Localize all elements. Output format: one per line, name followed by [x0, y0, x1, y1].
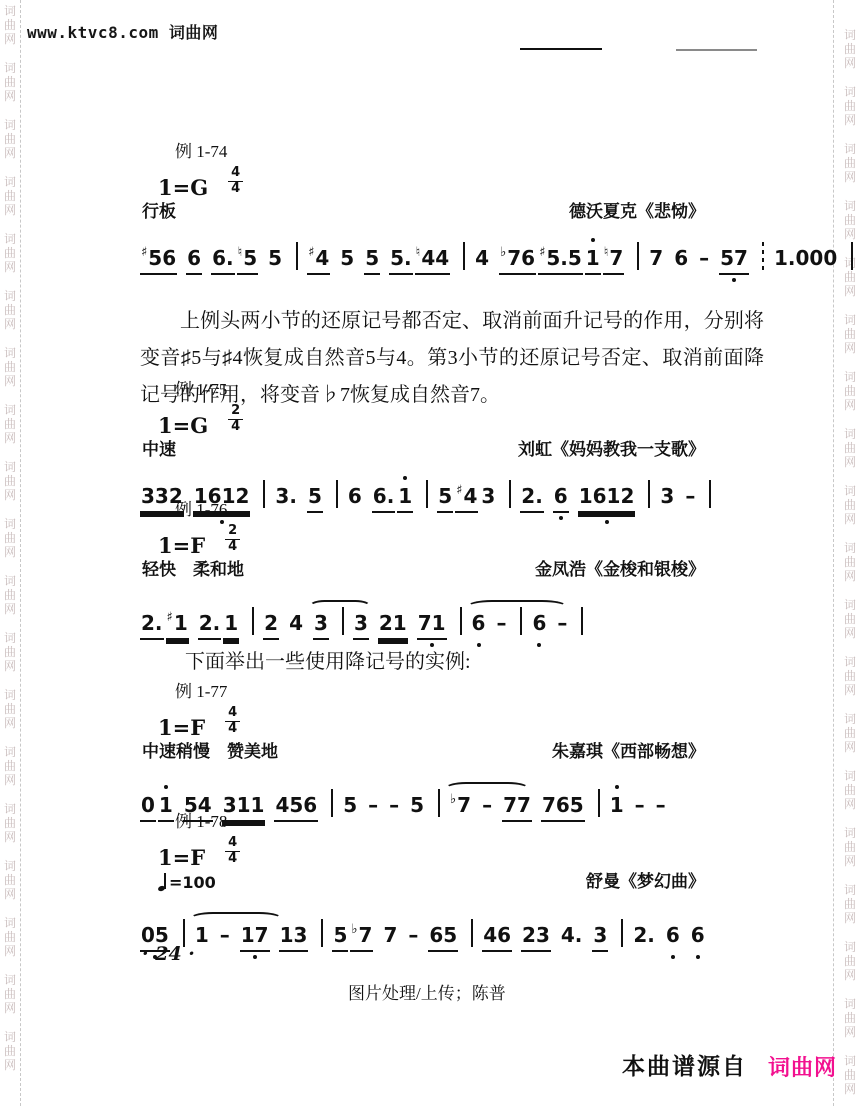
- watermark-char: 曲: [834, 1068, 866, 1082]
- watermark-group: 词曲网: [0, 574, 20, 616]
- watermark-char: 曲: [0, 588, 20, 602]
- note-token: 6: [471, 611, 487, 638]
- watermark-char: 词: [0, 916, 20, 930]
- watermark-char: 曲: [834, 213, 866, 227]
- watermark-char: 词: [0, 631, 20, 645]
- accidental-icon: ♯: [308, 245, 314, 260]
- watermark-group: 词曲网: [0, 688, 20, 730]
- meter-bottom: 4: [228, 419, 243, 435]
- key-signature: 1=F: [158, 845, 205, 870]
- watermark-char: 词: [0, 118, 20, 132]
- tempo-label: 中速稍慢 赞美地: [142, 737, 278, 762]
- note-token: 3: [592, 923, 608, 952]
- watermark-group: 词曲网: [834, 541, 866, 583]
- accidental-icon: ♮: [604, 245, 609, 260]
- note-token: –: [219, 923, 231, 950]
- watermark-char: 曲: [834, 954, 866, 968]
- tempo-row: 中速稍慢 赞美地 朱嘉琪《西部畅想》: [140, 738, 762, 762]
- watermark-char: 曲: [0, 645, 20, 659]
- watermark-char: 曲: [834, 555, 866, 569]
- barline: [621, 919, 623, 947]
- example-1-76: 例 1-76 1=F 24 轻快 柔和地 金凤浩《金梭和银梭》 2.♯12.12…: [140, 498, 762, 640]
- meter-fraction: 24: [225, 524, 240, 555]
- accidental-icon: ♭: [351, 922, 357, 937]
- watermark-left-column: 词曲网词曲网词曲网词曲网词曲网词曲网词曲网词曲网词曲网词曲网词曲网词曲网词曲网词…: [0, 0, 21, 1106]
- scan-artifact-line: [520, 48, 602, 50]
- watermark-group: 词曲网: [834, 199, 866, 241]
- octave-dot-high: [164, 785, 168, 789]
- note-token: ♯4: [307, 245, 330, 275]
- note-token: ♮5: [237, 245, 259, 275]
- octave-dot-high: [591, 238, 595, 242]
- quarter-note-icon: [158, 872, 168, 892]
- tempo-label: 中速: [142, 435, 176, 460]
- watermark-char: 词: [834, 199, 866, 213]
- watermark-group: 词曲网: [0, 175, 20, 217]
- watermark-char: 曲: [834, 156, 866, 170]
- watermark-group: 词曲网: [834, 484, 866, 526]
- watermark-char: 网: [834, 56, 866, 70]
- watermark-char: 词: [834, 598, 866, 612]
- notation-line: 2.♯12.1243321716–6–: [140, 588, 762, 640]
- watermark-group: 词曲网: [0, 916, 20, 958]
- watermark-char: 词: [0, 802, 20, 816]
- note-token: 6: [186, 246, 202, 275]
- note-token: 71: [417, 611, 447, 640]
- watermark-char: 曲: [834, 498, 866, 512]
- metronome-mark: =100: [158, 872, 216, 892]
- watermark-char: 曲: [834, 783, 866, 797]
- notation-line: 051–17135♭77–6546234.32.66: [140, 900, 762, 952]
- key-row: 1=F 44: [140, 836, 762, 868]
- watermark-char: 词: [0, 403, 20, 417]
- watermark-char: 网: [0, 32, 20, 46]
- watermark-char: 曲: [834, 42, 866, 56]
- watermark-group: 词曲网: [0, 745, 20, 787]
- meter-top: 4: [228, 166, 243, 181]
- meter-fraction: 44: [228, 166, 243, 197]
- watermark-group: 词曲网: [0, 517, 20, 559]
- note-token: –: [495, 611, 507, 638]
- watermark-char: 词: [834, 484, 866, 498]
- example-1-78: 例 1-78 1=F 44 =100 舒曼《梦幻曲》 051–17135♭77–…: [140, 810, 762, 952]
- watermark-group: 词曲网: [0, 118, 20, 160]
- watermark-char: 曲: [0, 18, 20, 32]
- watermark-group: 词曲网: [834, 769, 866, 811]
- watermark-char: 网: [834, 911, 866, 925]
- watermark-group: 词曲网: [834, 997, 866, 1039]
- meter-top: 2: [225, 524, 240, 539]
- note-token: ♯1: [166, 610, 189, 640]
- watermark-char: 词: [834, 370, 866, 384]
- note-token: 4.: [560, 923, 584, 950]
- example-label: 例 1-75: [175, 378, 762, 402]
- watermark-char: 曲: [0, 531, 20, 545]
- composer-credit: 朱嘉琪《西部畅想》: [552, 737, 705, 762]
- scan-artifact-line: [676, 49, 757, 51]
- barline: [321, 919, 323, 947]
- tempo-row: 轻快 柔和地 金凤浩《金梭和银梭》: [140, 556, 762, 580]
- watermark-char: 词: [834, 940, 866, 954]
- watermark-char: 词: [834, 883, 866, 897]
- octave-dot-low: [477, 643, 481, 647]
- note-token: 6: [665, 923, 681, 950]
- meter-fraction: 24: [228, 404, 243, 435]
- watermark-char: 词: [0, 688, 20, 702]
- watermark-char: 网: [834, 341, 866, 355]
- watermark-char: 曲: [0, 1044, 20, 1058]
- watermark-char: 网: [834, 740, 866, 754]
- note-token: 6: [531, 611, 547, 638]
- note-token: 3: [313, 611, 329, 640]
- meter-top: 2: [228, 404, 243, 419]
- watermark-group: 词曲网: [834, 598, 866, 640]
- note-token: 3: [353, 611, 369, 640]
- watermark-char: 网: [834, 227, 866, 241]
- octave-dot-low: [696, 955, 700, 959]
- note-token: 17: [240, 923, 270, 952]
- composer-credit: 德沃夏克《悲恸》: [569, 197, 705, 222]
- note-token: 7: [382, 923, 398, 950]
- watermark-char: 网: [0, 203, 20, 217]
- watermark-char: 词: [834, 142, 866, 156]
- watermark-char: 词: [834, 826, 866, 840]
- note-token: 4: [474, 246, 490, 273]
- watermark-char: 网: [0, 887, 20, 901]
- watermark-char: 曲: [834, 384, 866, 398]
- watermark-char: 词: [0, 175, 20, 189]
- barline: [342, 607, 344, 635]
- note-token: 5: [364, 246, 380, 275]
- tempo-label: 行板: [142, 197, 176, 222]
- watermark-group: 词曲网: [0, 346, 20, 388]
- meter-bottom: 4: [225, 539, 240, 555]
- metronome-value: =100: [169, 873, 216, 892]
- watermark-group: 词曲网: [0, 4, 20, 46]
- watermark-char: 曲: [834, 99, 866, 113]
- watermark-group: 词曲网: [834, 655, 866, 697]
- note-token: 4: [288, 611, 304, 638]
- watermark-group: 词曲网: [834, 313, 866, 355]
- barline: [851, 242, 853, 270]
- key-row: 1=G 24: [140, 404, 762, 436]
- tempo-label: 轻快 柔和地: [142, 555, 244, 580]
- watermark-group: 词曲网: [0, 232, 20, 274]
- watermark-char: 网: [834, 512, 866, 526]
- note-token: 57: [719, 246, 749, 275]
- octave-dot-low: [671, 955, 675, 959]
- watermark-char: 词: [0, 460, 20, 474]
- watermark-char: 曲: [0, 246, 20, 260]
- watermark-char: 曲: [834, 897, 866, 911]
- watermark-char: 曲: [0, 873, 20, 887]
- watermark-char: 网: [834, 398, 866, 412]
- example-label: 例 1-76: [175, 498, 762, 522]
- watermark-char: 曲: [834, 1011, 866, 1025]
- meter-bottom: 4: [228, 181, 243, 197]
- note-token: ♯56: [140, 245, 177, 275]
- watermark-char: 网: [0, 1001, 20, 1015]
- watermark-char: 曲: [0, 360, 20, 374]
- note-token: 65: [428, 923, 458, 952]
- watermark-group: 词曲网: [834, 427, 866, 469]
- accidental-icon: ♯: [456, 483, 462, 498]
- example-1-75: 例 1-75 1=G 24 中速 刘虹《妈妈教我一支歌》 33216123.56…: [140, 378, 762, 513]
- watermark-char: 网: [0, 146, 20, 160]
- composer-credit: 金凤浩《金梭和银梭》: [535, 555, 705, 580]
- key-row: 1=F 24: [140, 524, 762, 556]
- watermark-group: 词曲网: [0, 802, 20, 844]
- watermark-char: 词: [0, 574, 20, 588]
- example-1-74: 例 1-74 1=G 44 行板 德沃夏克《悲恸》 ♯5666.♮55♯4555…: [140, 140, 762, 275]
- meter-fraction: 44: [225, 836, 240, 867]
- watermark-char: 网: [834, 113, 866, 127]
- note-token: –: [698, 246, 710, 273]
- metronome-row: =100 舒曼《梦幻曲》: [140, 868, 762, 892]
- watermark-char: 词: [0, 517, 20, 531]
- watermark-group: 词曲网: [0, 1030, 20, 1072]
- watermark-char: 曲: [0, 417, 20, 431]
- watermark-char: 网: [0, 830, 20, 844]
- accidental-icon: ♯: [167, 610, 173, 625]
- note-token: 2: [263, 611, 279, 640]
- watermark-char: 词: [834, 85, 866, 99]
- watermark-char: 网: [0, 260, 20, 274]
- octave-dot-low: [253, 955, 257, 959]
- note-token: 1.000: [773, 246, 838, 273]
- watermark-char: 曲: [0, 702, 20, 716]
- note-token: ♯5.5: [538, 245, 583, 275]
- barline: [460, 607, 462, 635]
- note-token: –: [556, 611, 568, 638]
- watermark-group: 词曲网: [834, 370, 866, 412]
- meter-bottom: 4: [225, 851, 240, 867]
- watermark-char: 网: [0, 317, 20, 331]
- key-row: 1=F 44: [140, 706, 762, 738]
- barline: [463, 242, 465, 270]
- note-token: ♭7: [350, 922, 373, 952]
- note-token: –: [407, 923, 419, 950]
- note-token: 1: [194, 923, 210, 950]
- watermark-char: 曲: [0, 75, 20, 89]
- meter-bottom: 4: [225, 721, 240, 737]
- watermark-group: 词曲网: [834, 1054, 866, 1096]
- note-token: ♮44: [415, 245, 451, 275]
- notation-line: ♯5666.♮55♯4555.♮444♭76♯5.51♮776–571.000: [140, 230, 762, 275]
- note-token: 1: [585, 246, 601, 275]
- watermark-char: 词: [834, 655, 866, 669]
- note-token: 2.: [632, 923, 656, 950]
- watermark-char: 网: [0, 545, 20, 559]
- watermark-char: 曲: [834, 669, 866, 683]
- watermark-group: 词曲网: [834, 940, 866, 982]
- watermark-char: 词: [834, 256, 866, 270]
- watermark-char: 网: [0, 374, 20, 388]
- watermark-char: 曲: [834, 726, 866, 740]
- note-token: 2.: [140, 611, 164, 640]
- watermark-char: 词: [834, 28, 866, 42]
- watermark-group: 词曲网: [0, 631, 20, 673]
- intro-line: 下面举出一些使用降记号的实例:: [185, 645, 471, 674]
- watermark-char: 词: [0, 745, 20, 759]
- watermark-char: 网: [0, 659, 20, 673]
- octave-dot-high: [615, 785, 619, 789]
- watermark-group: 词曲网: [834, 826, 866, 868]
- barline: [581, 607, 583, 635]
- watermark-char: 曲: [0, 987, 20, 1001]
- note-token: 46: [482, 923, 512, 952]
- accidental-icon: ♮: [238, 245, 243, 260]
- watermark-char: 曲: [0, 759, 20, 773]
- watermark-char: 词: [0, 4, 20, 18]
- scanned-music-page: 词曲网词曲网词曲网词曲网词曲网词曲网词曲网词曲网词曲网词曲网词曲网词曲网词曲网词…: [0, 0, 866, 1106]
- watermark-char: 网: [834, 170, 866, 184]
- watermark-char: 网: [0, 431, 20, 445]
- tempo-row: 行板 德沃夏克《悲恸》: [140, 198, 762, 222]
- watermark-char: 词: [0, 859, 20, 873]
- watermark-group: 词曲网: [0, 973, 20, 1015]
- watermark-group: 词曲网: [0, 403, 20, 445]
- watermark-group: 词曲网: [0, 61, 20, 103]
- watermark-char: 词: [0, 289, 20, 303]
- example-1-77: 例 1-77 1=F 44 中速稍慢 赞美地 朱嘉琪《西部畅想》 0154311…: [140, 680, 762, 822]
- note-token: 23: [521, 923, 551, 952]
- watermark-char: 网: [0, 602, 20, 616]
- barline: [762, 242, 764, 270]
- example-label: 例 1-74: [175, 140, 762, 164]
- watermark-char: 词: [834, 712, 866, 726]
- barline: [252, 607, 254, 635]
- accidental-icon: ♯: [141, 245, 147, 260]
- meter-top: 4: [225, 706, 240, 721]
- barline: [471, 919, 473, 947]
- watermark-group: 词曲网: [834, 142, 866, 184]
- watermark-char: 网: [834, 968, 866, 982]
- watermark-group: 词曲网: [0, 460, 20, 502]
- watermark-char: 网: [0, 488, 20, 502]
- watermark-char: 网: [834, 1082, 866, 1096]
- page-number: · 24 ·: [142, 943, 195, 965]
- source-prefix: 本曲谱源自: [622, 1048, 747, 1081]
- note-token: 7: [648, 246, 664, 273]
- watermark-char: 词: [0, 232, 20, 246]
- watermark-char: 曲: [834, 612, 866, 626]
- note-token: 6.: [211, 246, 235, 275]
- watermark-char: 词: [0, 973, 20, 987]
- watermark-char: 曲: [834, 441, 866, 455]
- watermark-char: 曲: [834, 840, 866, 854]
- watermark-char: 网: [834, 1025, 866, 1039]
- watermark-char: 曲: [0, 474, 20, 488]
- watermark-char: 网: [0, 773, 20, 787]
- watermark-right-column: 词曲网词曲网词曲网词曲网词曲网词曲网词曲网词曲网词曲网词曲网词曲网词曲网词曲网词…: [833, 0, 866, 1106]
- barline: [520, 607, 522, 635]
- example-label: 例 1-77: [175, 680, 762, 704]
- meter-top: 4: [225, 836, 240, 851]
- watermark-char: 词: [834, 1054, 866, 1068]
- watermark-char: 词: [0, 346, 20, 360]
- accidental-icon: ♭: [500, 245, 506, 260]
- tempo-row: 中速 刘虹《妈妈教我一支歌》: [140, 436, 762, 460]
- accidental-icon: ♯: [539, 245, 545, 260]
- watermark-char: 网: [834, 854, 866, 868]
- note-token: 5: [267, 246, 283, 273]
- watermark-char: 网: [0, 716, 20, 730]
- watermark-group: 词曲网: [834, 28, 866, 70]
- composer-credit: 刘虹《妈妈教我一支歌》: [518, 435, 705, 460]
- octave-dot-high: [403, 476, 407, 480]
- watermark-char: 网: [834, 455, 866, 469]
- watermark-char: 网: [834, 569, 866, 583]
- key-row: 1=G 44: [140, 166, 762, 198]
- watermark-char: 网: [834, 797, 866, 811]
- watermark-char: 曲: [0, 132, 20, 146]
- watermark-char: 词: [834, 769, 866, 783]
- watermark-char: 网: [834, 626, 866, 640]
- watermark-group: 词曲网: [0, 859, 20, 901]
- meter-fraction: 44: [225, 706, 240, 737]
- watermark-char: 词: [0, 1030, 20, 1044]
- note-token: 21: [378, 611, 408, 640]
- note-token: ♮7: [603, 245, 625, 275]
- upload-credit: 图片处理/上传；陈普: [348, 979, 506, 1004]
- watermark-group: 词曲网: [834, 256, 866, 298]
- accidental-icon: ♮: [416, 245, 421, 260]
- watermark-char: 曲: [0, 189, 20, 203]
- watermark-group: 词曲网: [834, 712, 866, 754]
- note-token: 6: [673, 246, 689, 273]
- watermark-char: 词: [834, 997, 866, 1011]
- barline: [296, 242, 298, 270]
- example-label: 例 1-78: [175, 810, 762, 834]
- note-token: 2.: [198, 611, 222, 640]
- watermark-char: 曲: [0, 930, 20, 944]
- watermark-char: 网: [0, 944, 20, 958]
- composer-credit: 舒曼《梦幻曲》: [586, 867, 705, 892]
- note-token: 5.: [389, 246, 413, 275]
- note-token: 1: [223, 611, 239, 640]
- watermark-char: 词: [834, 541, 866, 555]
- watermark-char: 曲: [834, 270, 866, 284]
- watermark-group: 词曲网: [0, 289, 20, 331]
- note-token: 5: [339, 246, 355, 273]
- source-brand-link[interactable]: 词曲网: [768, 1051, 837, 1082]
- watermark-char: 词: [0, 61, 20, 75]
- octave-dot-low: [537, 643, 541, 647]
- note-token: ♭76: [499, 245, 536, 275]
- watermark-char: 词: [834, 313, 866, 327]
- watermark-char: 网: [834, 284, 866, 298]
- watermark-char: 曲: [0, 816, 20, 830]
- watermark-char: 曲: [0, 303, 20, 317]
- watermark-char: 网: [0, 1058, 20, 1072]
- note-token: 5: [332, 923, 348, 952]
- watermark-char: 网: [0, 89, 20, 103]
- watermark-group: 词曲网: [834, 883, 866, 925]
- watermark-char: 曲: [834, 327, 866, 341]
- barline: [637, 242, 639, 270]
- watermark-char: 词: [834, 427, 866, 441]
- note-token: 6: [690, 923, 706, 950]
- octave-dot-low: [732, 278, 736, 282]
- site-header-link[interactable]: www.ktvc8.com 词曲网: [27, 20, 218, 43]
- accidental-icon: ♭: [450, 792, 456, 807]
- watermark-char: 网: [834, 683, 866, 697]
- watermark-group: 词曲网: [834, 85, 866, 127]
- note-token: 13: [279, 923, 309, 952]
